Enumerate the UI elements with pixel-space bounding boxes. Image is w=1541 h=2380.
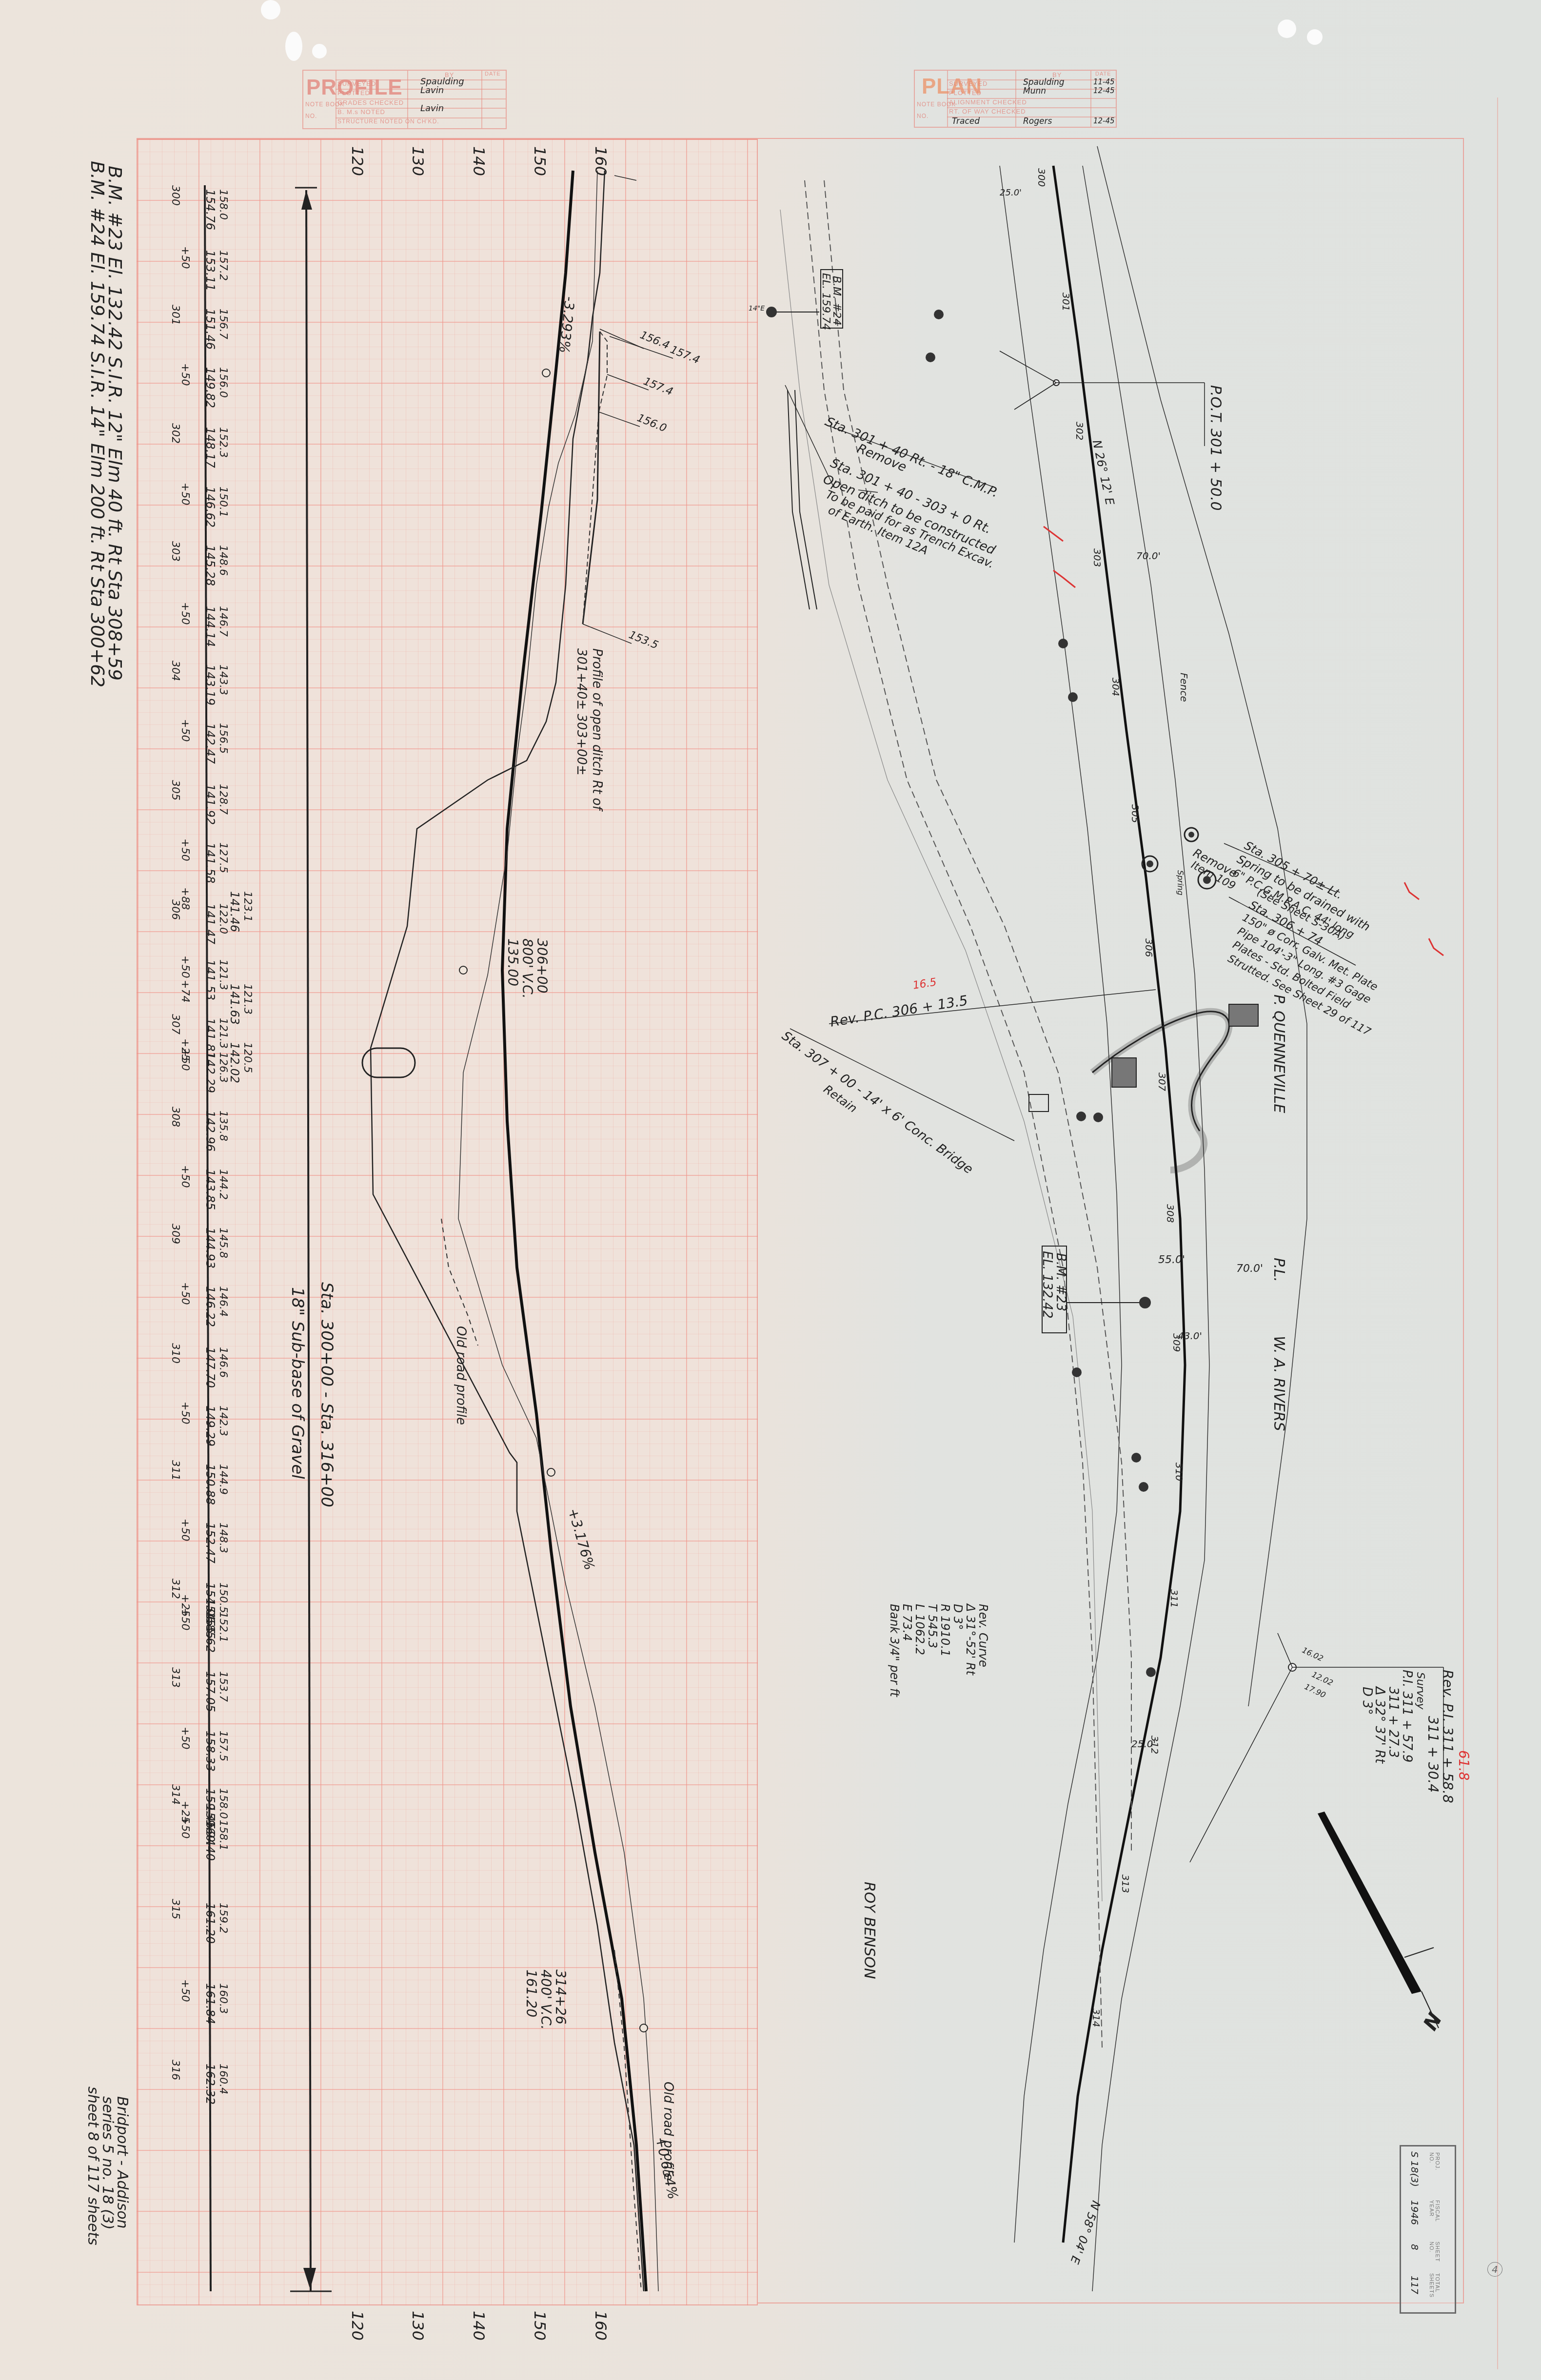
bm24-elevation: EL. 159.74 [820,273,832,330]
plan-station-label: 310 [1173,1463,1185,1481]
stamp-fiscal-year: 1946 [1409,2200,1421,2225]
station-label: +50 [179,1048,191,1071]
elev-scale-label: 160 [592,2311,610,2341]
grade-elevation: 141.47 [203,903,217,944]
ground-elevation: 160.4 [217,2064,229,2094]
ground-elevation: 126.3 [217,1052,229,1083]
grade-elevation: 141.58 [203,842,217,883]
vpi-elevation: 161.20 [523,1970,539,2017]
series-note: Bridport - Addison [114,2096,131,2229]
ground-elevation: 144.2 [217,1169,229,1200]
ground-elevation: 148.6 [217,545,229,576]
vpi-station: 306+00 [534,938,550,994]
ground-elevation: 120.5 [241,1042,254,1073]
grade-elevation: 146.22 [203,1286,217,1327]
grade-elevation: 142.96 [203,1111,217,1151]
old-road-label: Old road profile [661,2082,675,2181]
ground-elevation: 145.8 [217,1228,229,1258]
elev-scale-label: 130 [409,146,427,176]
corner-mark: 4 [1487,2262,1502,2277]
stamp-header: FISCAL YEAR [1428,2200,1440,2222]
station-label: +50 [179,246,191,269]
rev-curve-title: Rev. Curve [976,1604,990,1667]
station-label: +50 [179,1608,191,1630]
station-label: +74 [179,980,191,1002]
ground-elevation: 159.2 [217,1903,229,1933]
project-stamp: S 18(3) 1946 8 117 PROJ. NO. FISCAL YEAR… [1400,2145,1456,2314]
ground-elevation: 150.1 [217,487,229,517]
owner-label: ROY BENSON [861,1882,878,1979]
survey-pi-d: D 3° [1360,1687,1374,1715]
rev-curve-d: D 3° [951,1604,965,1630]
station-label: +50 [179,602,191,624]
plan-station-label: 301 [1060,293,1072,311]
plan-station-label: 311 [1168,1589,1180,1608]
station-label: 316 [169,2060,181,2080]
station-label: +50 [179,1165,191,1188]
station-label: 305 [169,780,181,800]
station-label: 306 [169,899,181,920]
grade-elevation: 149.82 [203,367,217,408]
station-label: 313 [169,1667,181,1688]
station-label: +50 [179,1402,191,1424]
station-label: 315 [169,1899,181,1919]
ground-elevation: 146.4 [217,1286,229,1317]
station-label: 303 [169,541,181,562]
subbase-note: 18" Sub-base of Gravel [288,1287,307,1479]
stamp-header: TOTAL SHEETS [1428,2273,1440,2298]
rev-curve-t: T 545.3 [926,1604,939,1648]
bm23-elevation: EL. 132.42 [1040,1251,1054,1318]
plan-station-label: 303 [1091,548,1103,567]
grade-elevation: 142.29 [203,1052,217,1093]
station-label: +50 [179,1727,191,1749]
survey-pi-line1: P.I. 311 + 57.9 [1400,1670,1414,1762]
ground-elevation: 157.2 [217,250,229,281]
offset-dimension: 70.0' [1136,550,1161,562]
station-label: 311 [169,1460,181,1481]
elev-scale-label: 140 [470,2311,488,2341]
plan-station-label: 304 [1110,678,1122,696]
offset-dimension: 25.0' [1131,1738,1156,1750]
station-label: +50 [179,483,191,505]
elev-scale-label: 140 [470,146,488,176]
grade-elevation: 144.14 [203,606,217,647]
bm24-label: B.M. #24 [830,276,843,325]
grade-elevation: 144.93 [203,1228,217,1268]
station-label: 308 [169,1107,181,1127]
grade-elevation: 152.47 [203,1522,217,1563]
series-note: series 5 no. 18 (3) [99,2096,116,2230]
grade-elevation: 162.32 [203,2064,217,2105]
plan-station-label: 305 [1129,804,1141,823]
station-label: 300 [169,185,181,206]
elev-scale-label: 120 [348,146,367,176]
ground-elevation: 146.6 [217,1347,229,1378]
ground-elevation: 152.3 [217,427,229,458]
station-label: +50 [179,1816,191,1838]
tree-label: 14"E [749,305,765,312]
grade-elevation: 141.46 [228,891,241,932]
rev-pi-line2: 311 + 30.4 [1425,1716,1441,1793]
grade-elevation: 143.85 [203,1169,217,1210]
elev-scale-label: 150 [531,146,549,176]
elev-scale-label: 120 [348,2311,367,2341]
plan-station-label: 313 [1120,1874,1131,1893]
grade-elevation: 146.62 [203,487,217,527]
ground-elevation: 158.1 [217,1820,229,1851]
grade-elevation: 147.70 [203,1347,217,1388]
station-label: +50 [179,1979,191,2002]
grade-elevation: 141.63 [228,984,241,1025]
station-label: +50 [179,363,191,386]
owner-label: W. A. RIVERS [1270,1336,1287,1431]
plan-station-label: 308 [1165,1204,1176,1223]
station-label: +50 [179,956,191,978]
rev-curve-e: E 73.4 [900,1604,914,1641]
ground-elevation: 158.0 [217,1788,229,1819]
plan-station-label: 306 [1143,938,1155,957]
survey-pi-delta: Δ 32° 37' Rt [1372,1687,1387,1763]
station-label: +50 [179,1282,191,1305]
grade-elevation: 151.46 [203,309,217,350]
grade-elevation: 150.88 [203,1464,217,1505]
station-label: +50 [179,719,191,741]
grade-elevation: 161.20 [203,1903,217,1944]
property-line-label: P.L. [1270,1258,1287,1282]
station-label: 302 [169,423,181,444]
ground-elevation: 152.1 [217,1612,229,1642]
plan-station-label: 302 [1074,422,1086,440]
rev-pi-label: Rev. P.I. 311 + 58.8 [1440,1670,1456,1803]
ground-elevation: 150.5 [217,1582,229,1613]
grade-elevation: 149.29 [203,1405,217,1446]
stamp-header: SHEET NO. [1428,2242,1440,2262]
plan-station-label: 314 [1090,2009,1102,2027]
grade-elevation: 145.28 [203,545,217,586]
ground-elevation: 160.3 [217,1983,229,2014]
survey-pi-label: Survey [1414,1672,1426,1710]
old-road-label: Old road profile [454,1326,468,1425]
vpi-station: 314+26 [553,1970,569,2025]
pot-label: P.O.T. 301 + 50.0 [1207,385,1224,511]
station-label: +50 [179,1519,191,1541]
ground-elevation: 142.3 [217,1405,229,1436]
offset-dimension: 70.0' [1236,1263,1263,1275]
grade-elevation: 155.62 [203,1612,217,1653]
benchmark-note-line2: B.M. #24 El. 159.74 S.I.R. 14" Elm 200 f… [87,161,108,687]
rev-pi-red-correction: 61.8 [1456,1750,1472,1780]
offset-dimension: 55.0' [1158,1254,1185,1266]
grade-elevation: 142.02 [228,1042,241,1083]
plan-station-label: 307 [1156,1073,1168,1091]
ground-elevation: 144.9 [217,1464,229,1495]
fence-label: Fence [1178,673,1190,702]
bm23-label: B.M. #23 [1053,1253,1068,1311]
grade-elevation: 161.84 [203,1983,217,2024]
elev-scale-label: 130 [409,2311,427,2341]
ground-elevation: 122.0 [217,903,229,934]
offset-dimension: 25.0' [1000,188,1022,198]
offset-dimension: 43.0' [1178,1330,1202,1342]
rev-curve-bank: Bank 3/4" per ft [888,1604,901,1697]
grade-elevation: 158.33 [203,1731,217,1772]
grade-elevation: 142.47 [203,723,217,764]
station-label: +50 [179,839,191,861]
grade-elevation: 157.05 [203,1671,217,1712]
rev-curve-delta: Δ 31°-52' Rt [964,1604,977,1675]
ground-elevation: 128.7 [217,784,229,815]
ground-elevation: 143.3 [217,664,229,695]
grade-elevation: 141.53 [203,959,217,1000]
rev-curve-l: L 1062.2 [913,1604,927,1655]
elev-scale-label: 160 [592,146,610,176]
spring-label: Spring [1176,870,1185,896]
ground-elevation: 121.3 [241,984,254,1014]
ground-elevation: 146.7 [217,606,229,637]
elev-scale-label: 150 [531,2311,549,2341]
station-label: 301 [169,305,181,325]
plan-station-label: 300 [1036,168,1047,187]
station-label: 310 [169,1343,181,1364]
grade-elevation: 153.11 [203,250,217,291]
stamp-sheet-no: 8 [1409,2244,1421,2250]
vpi-vc: 800' V.C. [519,938,535,998]
ground-elevation: 158.0 [217,189,229,220]
station-label: 304 [169,661,181,681]
survey-pi-line2: 311 + 27.3 [1386,1687,1401,1758]
grade-elevation: 160.40 [203,1820,217,1861]
station-label: 307 [169,1014,181,1034]
ground-elevation: 135.8 [217,1111,229,1141]
ground-elevation: 156.5 [217,723,229,754]
ground-elevation: 127.5 [217,842,229,873]
ground-elevation: 123.1 [241,891,254,922]
owner-label: P. QUENNEVILLE [1270,995,1287,1113]
linework [0,0,1541,2380]
series-note: sheet 8 of 117 sheets [84,2087,101,2245]
grade-elevation: 141.92 [203,784,217,825]
vpi-elevation: 135.00 [505,938,521,986]
ditch-profile-note: Profile of open ditch Rt of 301+40± 303+… [573,648,605,834]
ground-elevation: 156.0 [217,367,229,398]
grade-elevation: 143.19 [203,664,217,705]
stamp-total-sheets: 117 [1409,2276,1421,2294]
stamp-header: PROJ. NO. [1428,2152,1440,2170]
rev-curve-r: R 1910.1 [938,1604,952,1657]
station-label: 309 [169,1224,181,1244]
ground-elevation: 156.7 [217,309,229,339]
grade-elevation: 154.76 [203,189,217,230]
grade-elevation: 148.17 [203,427,217,468]
ground-elevation: 153.7 [217,1671,229,1702]
vpi-vc: 400' V.C. [538,1970,554,2029]
subbase-range: Sta. 300+00 - Sta. 316+00 [317,1282,336,1507]
ground-elevation: 157.5 [217,1731,229,1761]
ground-elevation: 148.3 [217,1522,229,1553]
stamp-proj-no: S 18(3) [1409,2151,1421,2187]
